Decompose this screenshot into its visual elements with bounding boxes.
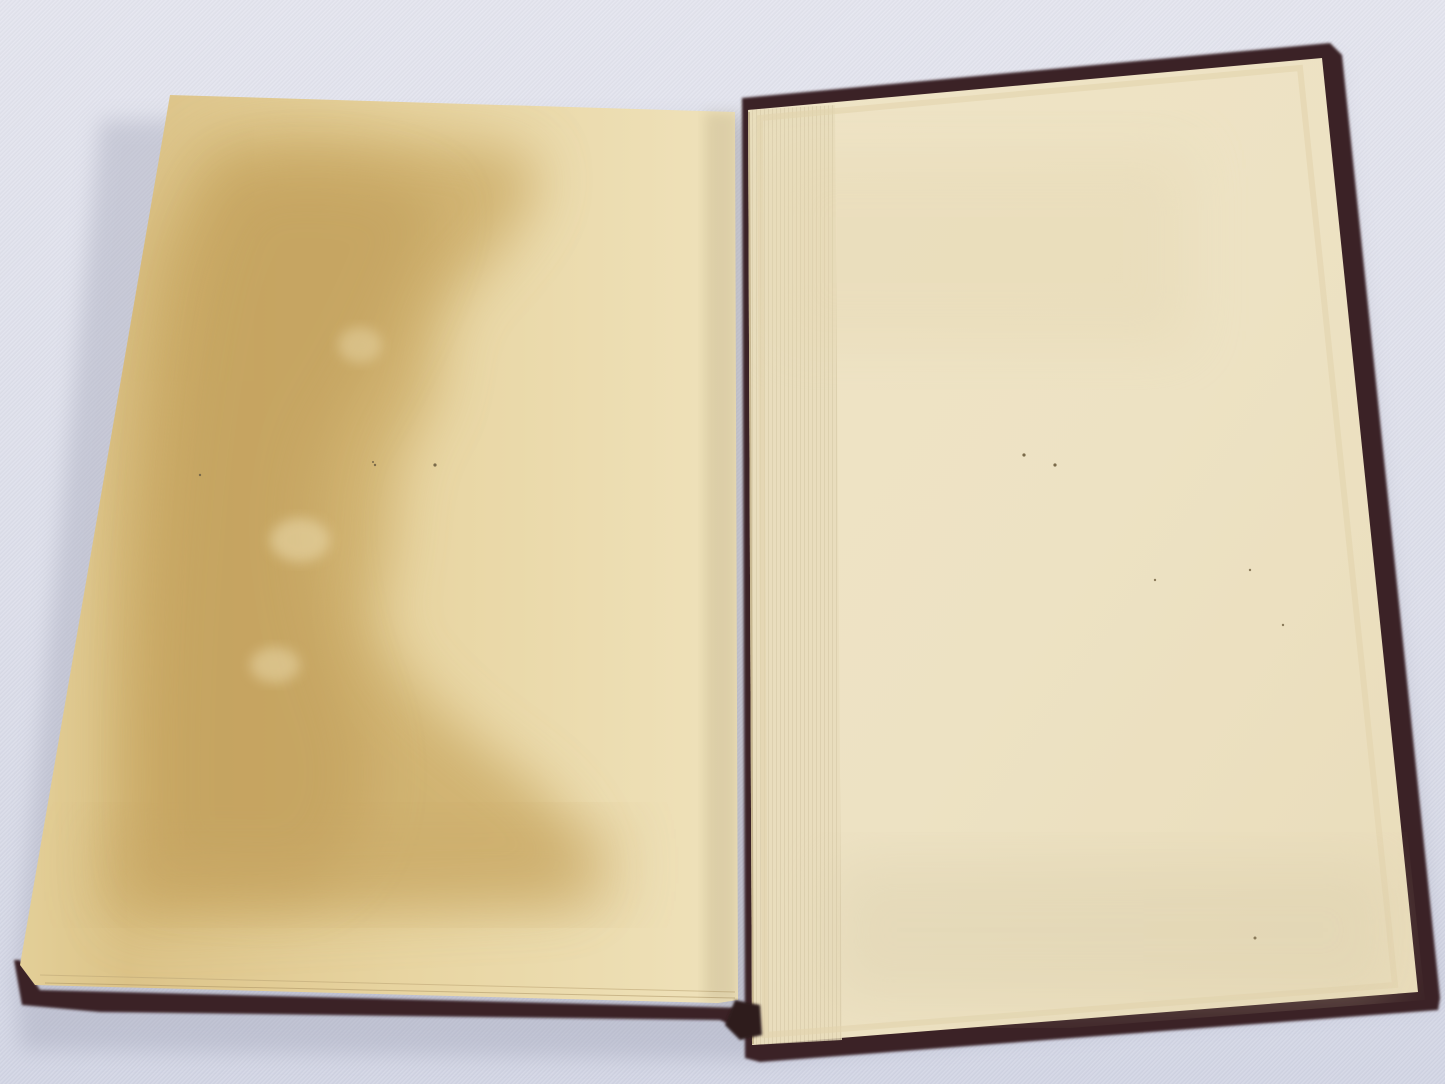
right-page — [748, 58, 1418, 1045]
spine-corner — [725, 1000, 762, 1040]
photo-scene — [0, 0, 1445, 1084]
open-book — [0, 0, 1445, 1084]
left-page — [20, 95, 738, 1003]
